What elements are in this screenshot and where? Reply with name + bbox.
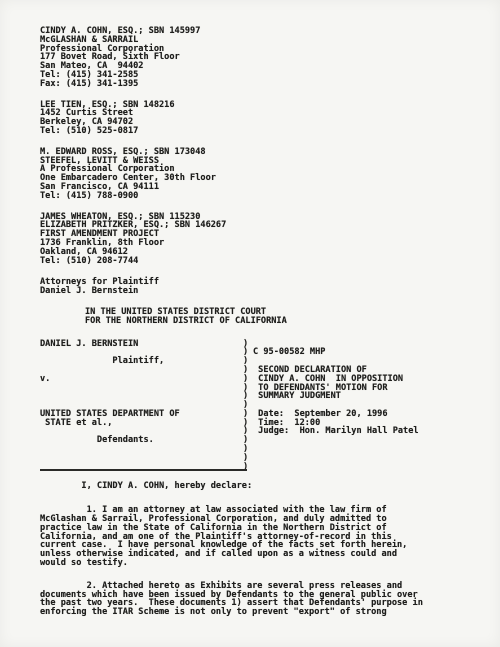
declaration-paragraph-1: 1. I am an attorney at law associated wi… bbox=[40, 506, 500, 568]
case-caption: DANIEL J. BERNSTEIN Plaintiff, v. UNITED… bbox=[40, 340, 500, 472]
caption-underline bbox=[40, 469, 247, 471]
caption-case-info: C 95-00582 MHP SECOND DECLARATION OF CIN… bbox=[253, 340, 500, 472]
attorney-block-ross: M. EDWARD ROSS, ESQ.; SBN 173048 STEEFEL… bbox=[40, 148, 500, 201]
attorney-block-wheaton: JAMES WHEATON, ESQ.; SBN 115230 ELIZABET… bbox=[40, 213, 500, 266]
attorney-block-tien: LEE TIEN, ESQ.; SBN 148216 1452 Curtis S… bbox=[40, 101, 500, 136]
attorneys-for-plaintiff-label: Attorneys for Plaintiff Daniel J. Bernst… bbox=[40, 278, 500, 296]
court-heading: IN THE UNITED STATES DISTRICT COURT FOR … bbox=[85, 308, 500, 326]
scanned-court-document: CINDY A. COHN, ESQ.; SBN 145997 McGLASHA… bbox=[0, 0, 500, 647]
declaration-intro-line: I, CINDY A. COHN, hereby declare: bbox=[40, 482, 500, 491]
caption-parties: DANIEL J. BERNSTEIN Plaintiff, v. UNITED… bbox=[40, 340, 243, 472]
caption-paren-column: ) ) ) ) ) ) ) ) ) ) ) ) ) ) ) bbox=[243, 340, 253, 472]
declaration-paragraph-2: 2. Attached hereto as Exhibits are sever… bbox=[40, 582, 500, 617]
attorney-block-cohn: CINDY A. COHN, ESQ.; SBN 145997 McGLASHA… bbox=[40, 27, 500, 89]
